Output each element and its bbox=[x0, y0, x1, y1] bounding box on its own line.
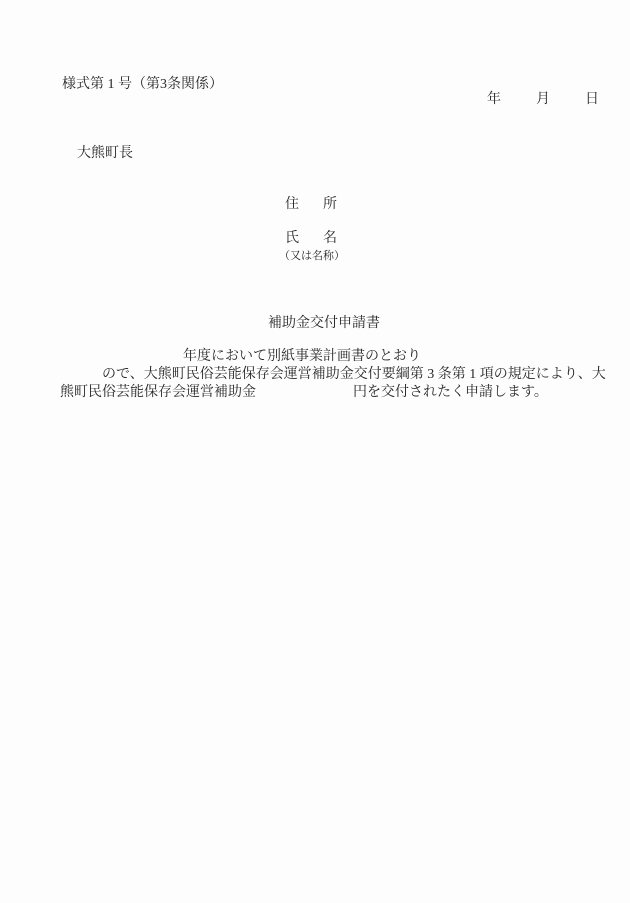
form-number: 様式第 1 号（第3条関係） bbox=[62, 76, 223, 94]
document-title: 補助金交付申請書 bbox=[268, 315, 380, 333]
applicant-name-label: 氏 名 bbox=[285, 230, 342, 248]
document-page: 様式第 1 号（第3条関係） 年 月 日 大熊町長 住 所 氏 名 （又は名称）… bbox=[0, 0, 630, 903]
applicant-address-label: 住 所 bbox=[285, 196, 342, 214]
body-line-3-right: 円を交付されたく申請します。 bbox=[353, 384, 548, 402]
date-line: 年 月 日 bbox=[487, 91, 599, 109]
addressee: 大熊町長 bbox=[77, 145, 133, 163]
day-label: 日 bbox=[585, 91, 599, 109]
year-label: 年 bbox=[487, 91, 501, 109]
body-line-2: ので、大熊町民俗芸能保存会運営補助金交付要綱第 3 条第 1 項の規定により、大 bbox=[102, 366, 606, 384]
body-line-1: 年度において別紙事業計画書のとおり bbox=[183, 348, 421, 366]
applicant-name-note: （又は名称） bbox=[279, 249, 345, 263]
body-line-3-left: 熊町民俗芸能保存会運営補助金 bbox=[60, 384, 256, 402]
month-label: 月 bbox=[536, 91, 550, 109]
amount-blank bbox=[249, 384, 353, 402]
